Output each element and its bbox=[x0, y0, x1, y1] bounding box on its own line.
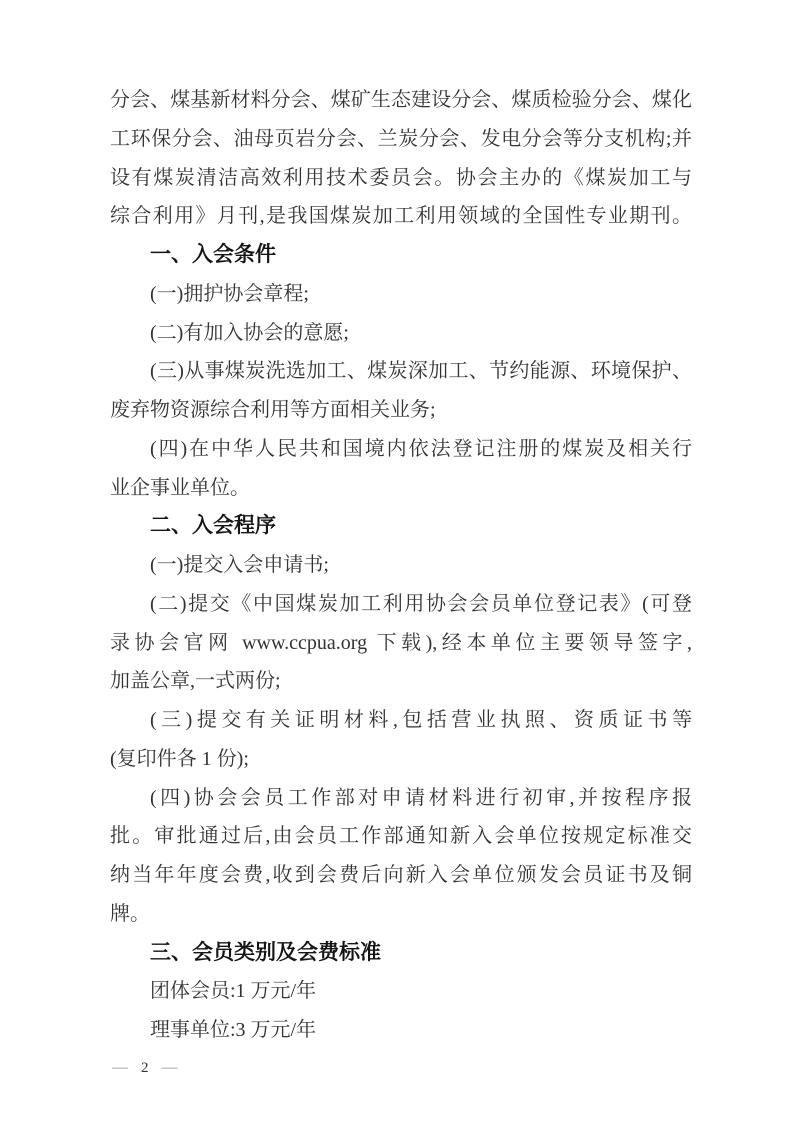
text-line: 牌。 bbox=[110, 895, 692, 934]
text-line: 加盖公章,一式两份; bbox=[110, 662, 692, 701]
text-line: 理事单位:3 万元/年 bbox=[110, 1011, 692, 1050]
text-line: 废弃物资源综合利用等方面相关业务; bbox=[110, 391, 692, 430]
text-line: 综合利用》月刊,是我国煤炭加工利用领域的全国性专业期刊。 bbox=[110, 197, 692, 236]
text-line: (二)有加入协会的意愿; bbox=[110, 314, 692, 353]
text-line: 分会、煤基新材料分会、煤矿生态建设分会、煤质检验分会、煤化 bbox=[110, 81, 692, 120]
section-heading: 二、入会程序 bbox=[110, 507, 692, 546]
text-line: 业企事业单位。 bbox=[110, 469, 692, 508]
page-number: 2 bbox=[141, 1060, 149, 1077]
text-line: (三)提交有关证明材料,包括营业执照、资质证书等 bbox=[110, 701, 692, 740]
text-line: 录协会官网 www.ccpua.org 下载),经本单位主要领导签字, bbox=[110, 624, 692, 663]
text-line: (一)提交入会申请书; bbox=[110, 546, 692, 585]
text-line: (二)提交《中国煤炭加工利用协会会员单位登记表》(可登 bbox=[110, 585, 692, 624]
text-line: 设有煤炭清洁高效利用技术委员会。协会主办的《煤炭加工与 bbox=[110, 159, 692, 198]
document-body: 分会、煤基新材料分会、煤矿生态建设分会、煤质检验分会、煤化工环保分会、油母页岩分… bbox=[110, 81, 692, 1050]
text-line: 工环保分会、油母页岩分会、兰炭分会、发电分会等分支机构;并 bbox=[110, 120, 692, 159]
text-line: 团体会员:1 万元/年 bbox=[110, 972, 692, 1011]
footer-left-dash: — bbox=[112, 1059, 128, 1077]
text-line: (四)在中华人民共和国境内依法登记注册的煤炭及相关行 bbox=[110, 430, 692, 469]
text-line: (一)拥护协会章程; bbox=[110, 275, 692, 314]
section-heading: 三、会员类别及会费标准 bbox=[110, 934, 692, 973]
text-line: 纳当年年度会费,收到会费后向新入会单位颁发会员证书及铜 bbox=[110, 856, 692, 895]
text-line: (复印件各 1 份); bbox=[110, 740, 692, 779]
text-line: 批。审批通过后,由会员工作部通知新入会单位按规定标准交 bbox=[110, 817, 692, 856]
section-heading: 一、入会条件 bbox=[110, 236, 692, 275]
page-footer: — 2 — bbox=[112, 1059, 178, 1077]
text-line: (三)从事煤炭洗选加工、煤炭深加工、节约能源、环境保护、 bbox=[110, 352, 692, 391]
document-page: 分会、煤基新材料分会、煤矿生态建设分会、煤质检验分会、煤化工环保分会、油母页岩分… bbox=[0, 0, 800, 1131]
footer-right-dash: — bbox=[162, 1059, 178, 1077]
text-line: (四)协会会员工作部对申请材料进行初审,并按程序报 bbox=[110, 779, 692, 818]
